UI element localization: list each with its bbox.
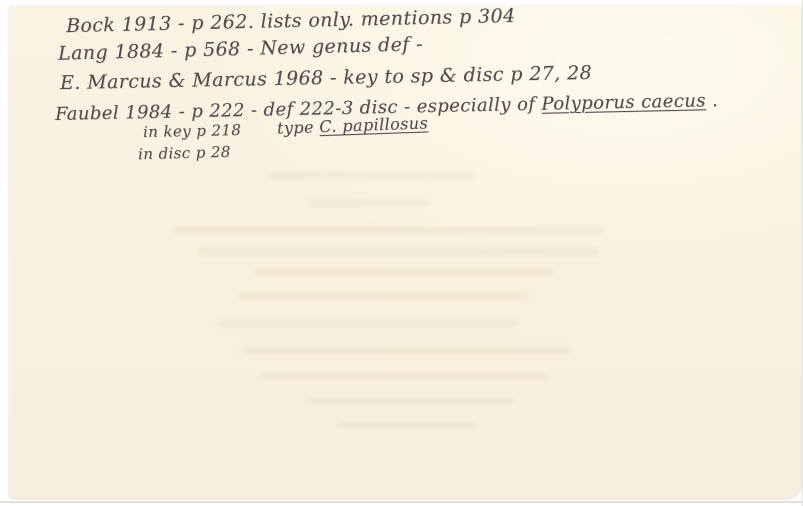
bleed-through-mark bbox=[337, 422, 477, 428]
bleed-through-mark bbox=[259, 373, 549, 379]
species-name-underlined: Polyporus caecus bbox=[541, 90, 706, 114]
handwritten-note-in-key: in key p 218 bbox=[143, 121, 242, 141]
handwritten-line-bock: Bock 1913 - p 262. lists only. mentions … bbox=[66, 5, 516, 37]
bleed-through-mark bbox=[217, 320, 517, 326]
bleed-through-mark bbox=[199, 248, 599, 255]
type-label: type bbox=[277, 117, 320, 137]
bleed-through-mark bbox=[309, 200, 429, 206]
scan-edge-bottom bbox=[0, 501, 803, 503]
handwritten-line-lang: Lang 1884 - p 568 - New genus def - bbox=[58, 33, 423, 65]
handwritten-note-type-species: type C. papillosus bbox=[277, 113, 429, 137]
bleed-through-mark bbox=[264, 173, 474, 179]
handwritten-line-marcus: E. Marcus & Marcus 1968 - key to sp & di… bbox=[60, 62, 592, 94]
bleed-through-mark bbox=[174, 227, 604, 234]
handwritten-note-in-disc: in disc p 28 bbox=[138, 143, 231, 164]
bleed-through-mark bbox=[304, 398, 514, 404]
bleed-through-mark bbox=[237, 293, 527, 299]
index-card: Bock 1913 - p 262. lists only. mentions … bbox=[9, 5, 801, 498]
scanned-card-page: Bock 1913 - p 262. lists only. mentions … bbox=[0, 0, 803, 506]
bleed-through-mark bbox=[241, 347, 571, 354]
faubel-line-period: . bbox=[706, 90, 719, 111]
type-species-underlined: C. papillosus bbox=[319, 113, 428, 136]
bleed-through-mark bbox=[254, 269, 554, 275]
